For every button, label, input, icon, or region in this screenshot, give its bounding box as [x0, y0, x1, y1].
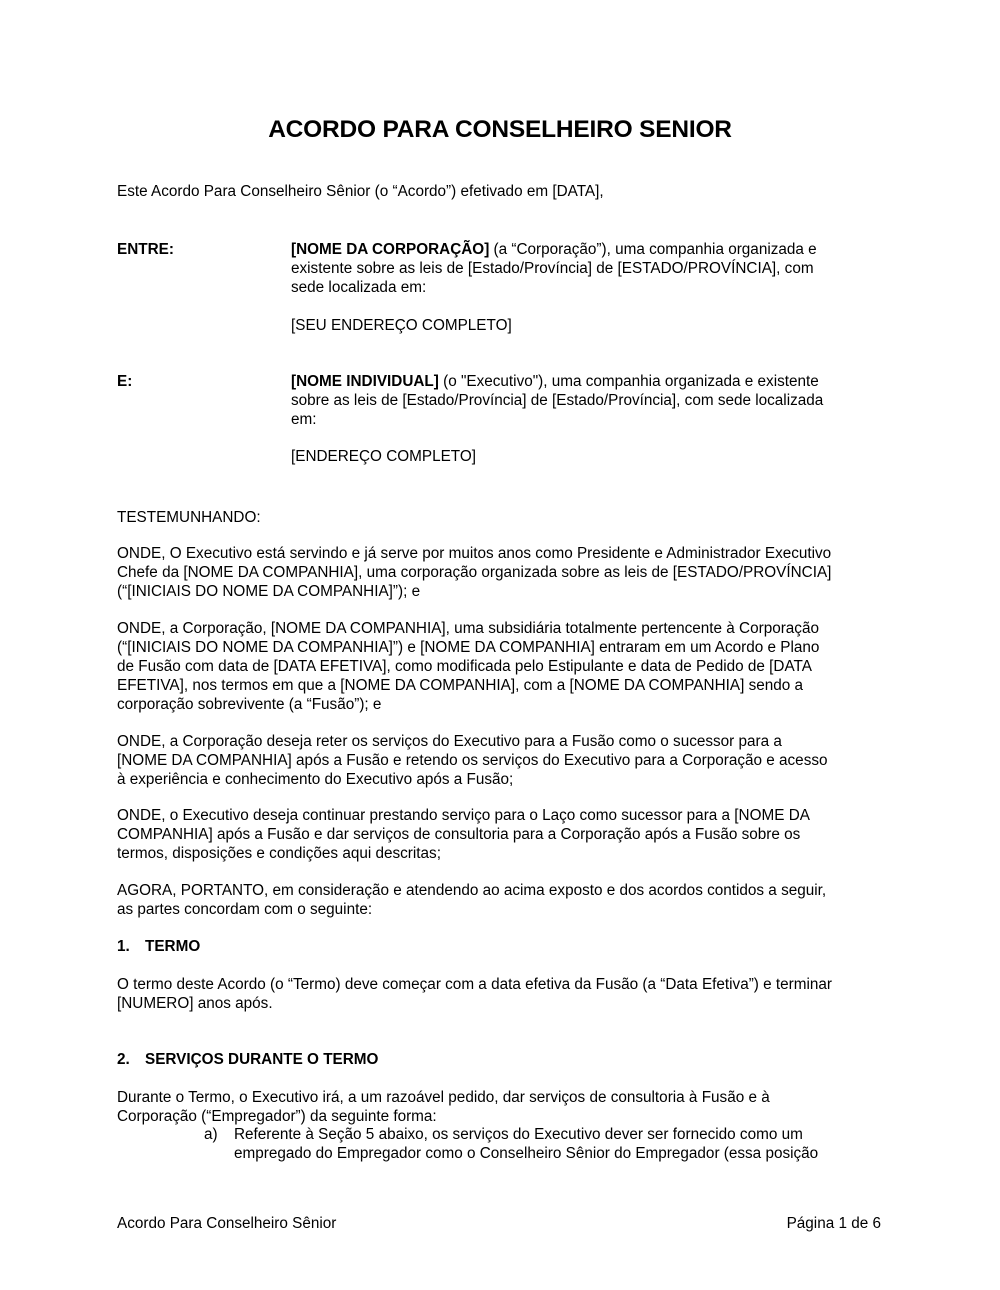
- footer-page-number: Página 1 de 6: [787, 1214, 881, 1233]
- footer-document-name: Acordo Para Conselheiro Sênior: [117, 1214, 336, 1233]
- party-description-executive: [NOME INDIVIDUAL] (o "Executivo"), uma c…: [291, 372, 881, 429]
- witnessing-label: TESTEMUNHANDO:: [117, 508, 887, 527]
- recital-paragraph: AGORA, PORTANTO, em consideração e atend…: [117, 881, 887, 919]
- section-paragraph: O termo deste Acordo (o “Termo) deve com…: [117, 975, 887, 1013]
- section-heading-servicos: 2.SERVIÇOS DURANTE O TERMO: [117, 1050, 378, 1069]
- recital-paragraph: ONDE, a Corporação, [NOME DA COMPANHIA],…: [117, 619, 887, 714]
- section-heading-termo: 1.TERMO: [117, 937, 200, 956]
- party-description-corporation: [NOME DA CORPORAÇÃO] (a “Corporação”), u…: [291, 240, 881, 297]
- recital-paragraph: ONDE, o Executivo deseja continuar prest…: [117, 806, 887, 863]
- party-label-entre: ENTRE:: [117, 240, 174, 259]
- party-name: [NOME DA CORPORAÇÃO]: [291, 241, 489, 258]
- party-name: [NOME INDIVIDUAL]: [291, 373, 439, 390]
- list-marker: a): [204, 1125, 218, 1144]
- intro-paragraph: Este Acordo Para Conselheiro Sênior (o “…: [117, 182, 887, 201]
- party-label-e: E:: [117, 372, 132, 391]
- document-title: ACORDO PARA CONSELHEIRO SENIOR: [0, 116, 1000, 144]
- party-address-corporation: [SEU ENDEREÇO COMPLETO]: [291, 316, 881, 335]
- recital-paragraph: ONDE, a Corporação deseja reter os servi…: [117, 732, 887, 789]
- party-address-executive: [ENDEREÇO COMPLETO]: [291, 447, 881, 466]
- list-item: a) Referente à Seção 5 abaixo, os serviç…: [204, 1125, 884, 1163]
- recital-paragraph: ONDE, O Executivo está servindo e já ser…: [117, 544, 887, 601]
- document-page: ACORDO PARA CONSELHEIRO SENIOR Este Acor…: [0, 0, 1000, 1290]
- section-paragraph: Durante o Termo, o Executivo irá, a um r…: [117, 1088, 887, 1126]
